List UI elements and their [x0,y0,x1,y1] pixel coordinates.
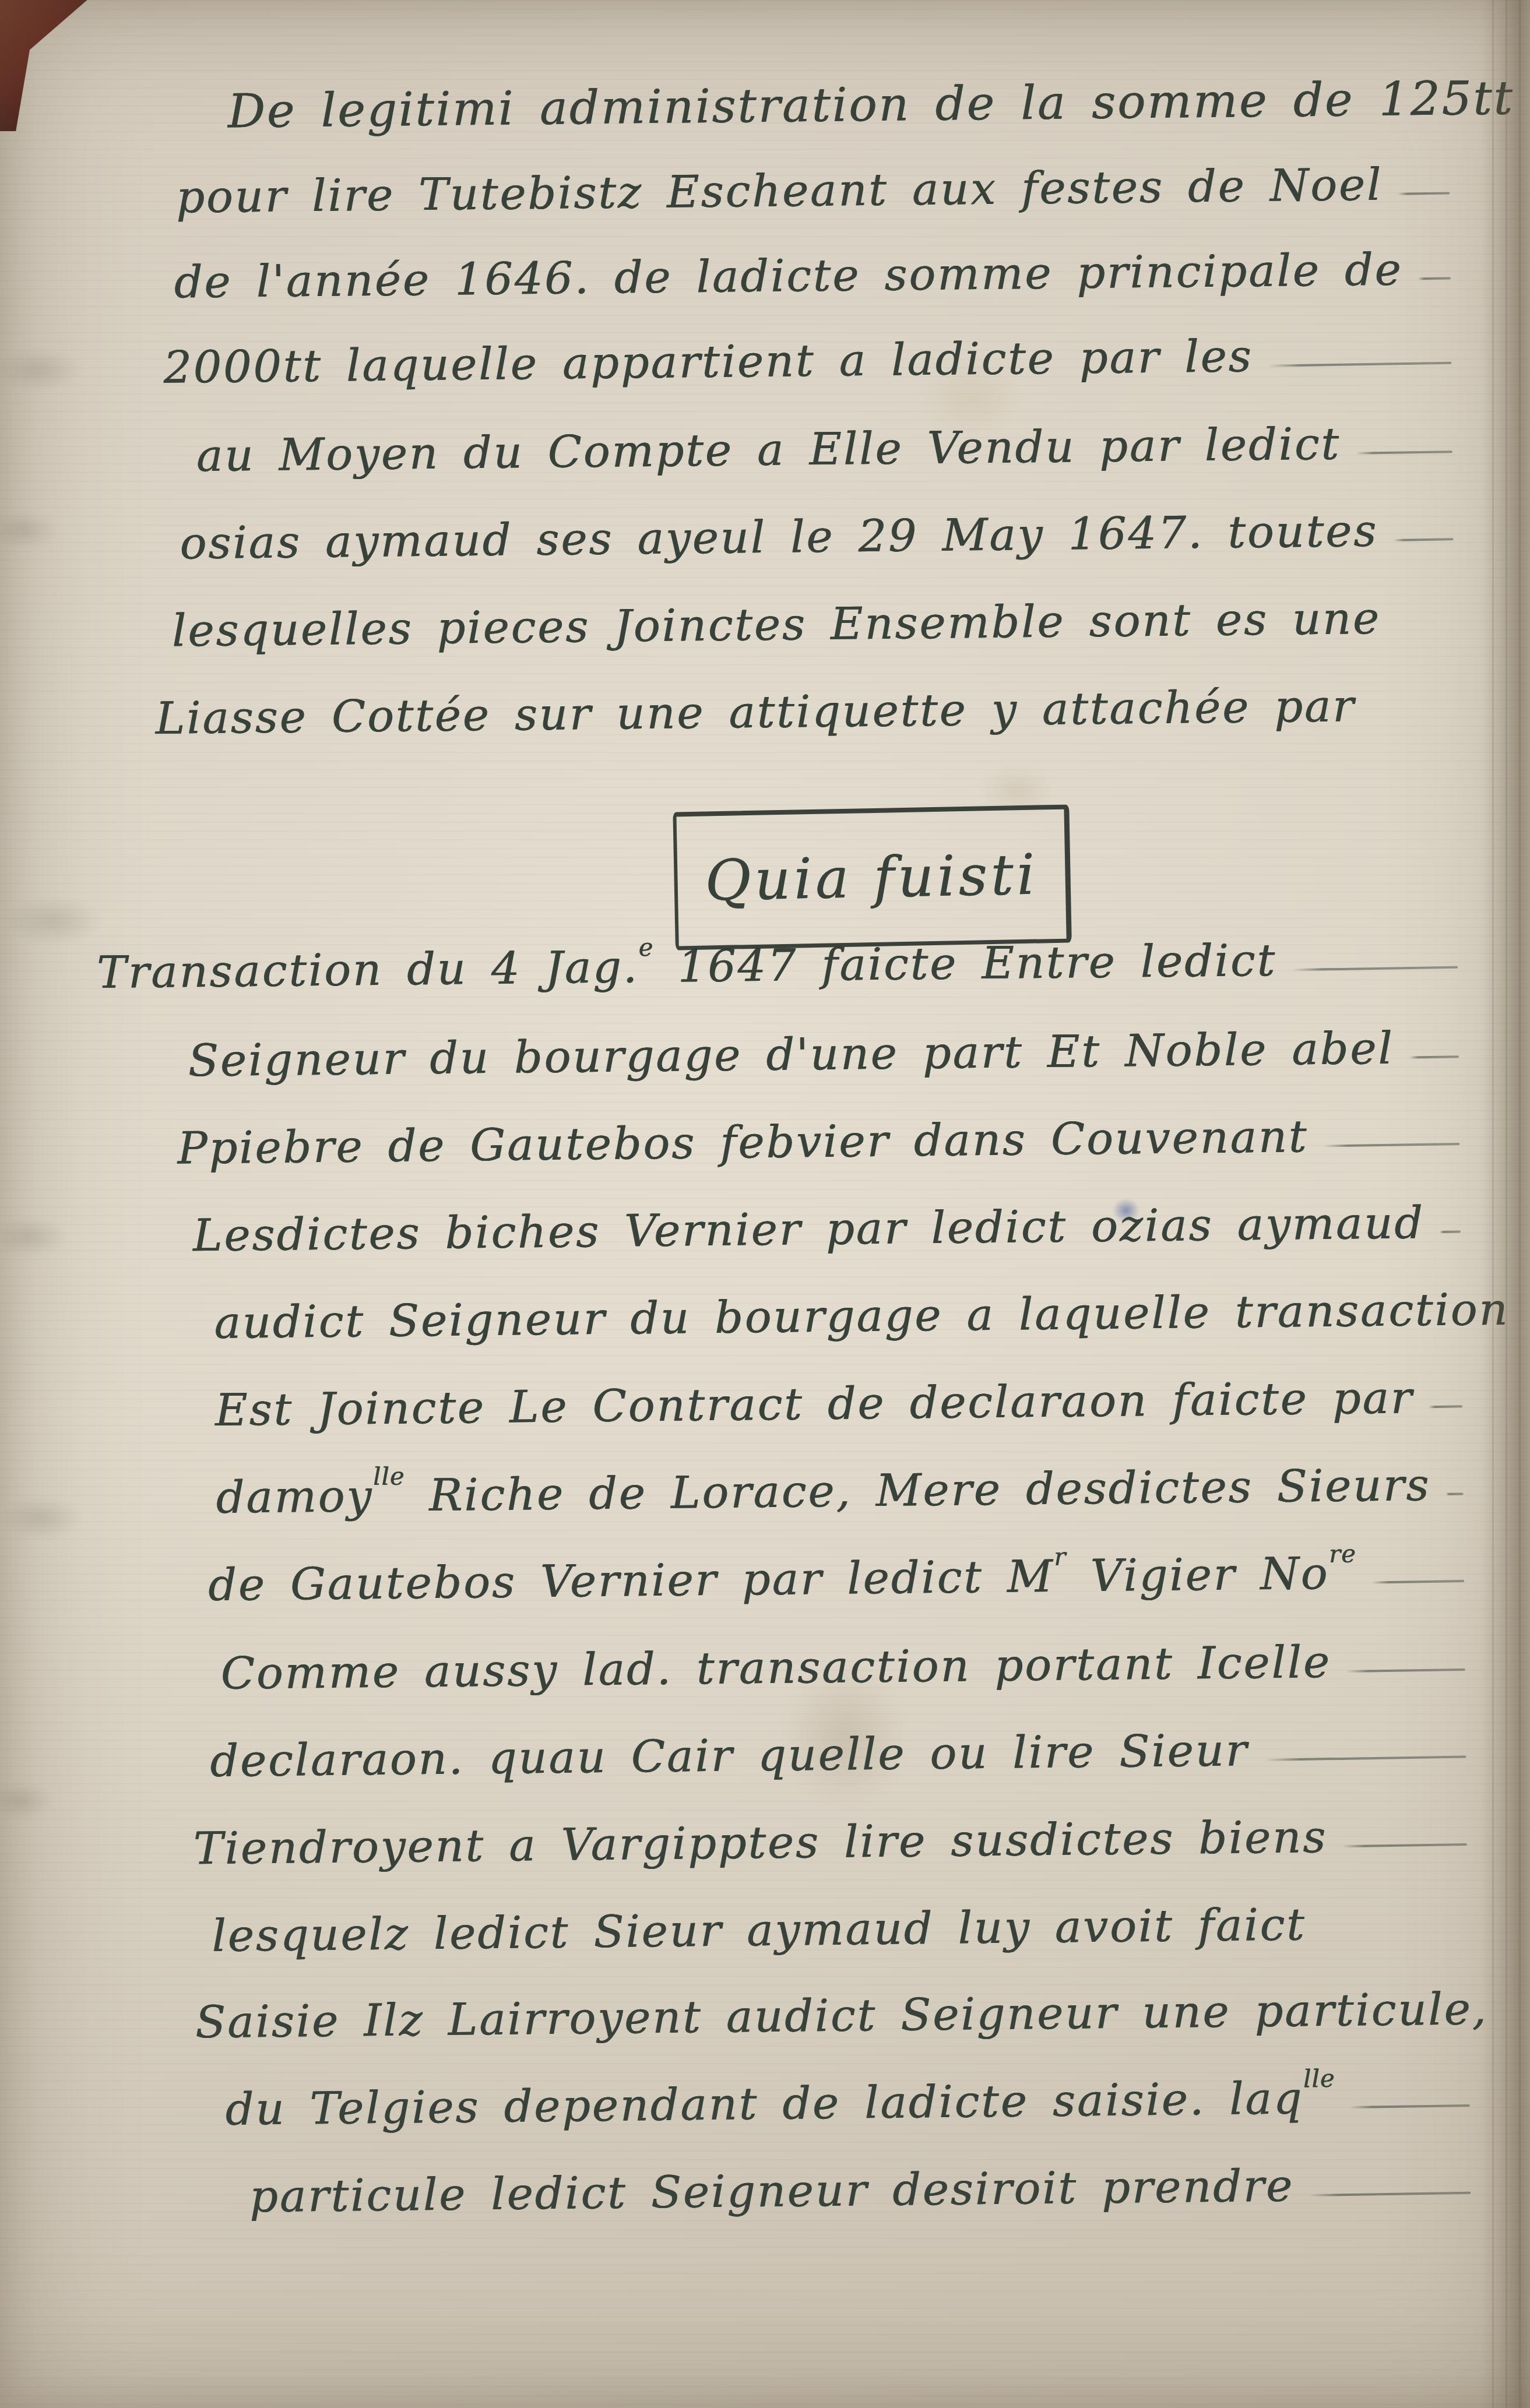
photo-vignette [0,0,1530,2408]
manuscript-page: De legitimi administration de la somme d… [0,0,1530,2408]
